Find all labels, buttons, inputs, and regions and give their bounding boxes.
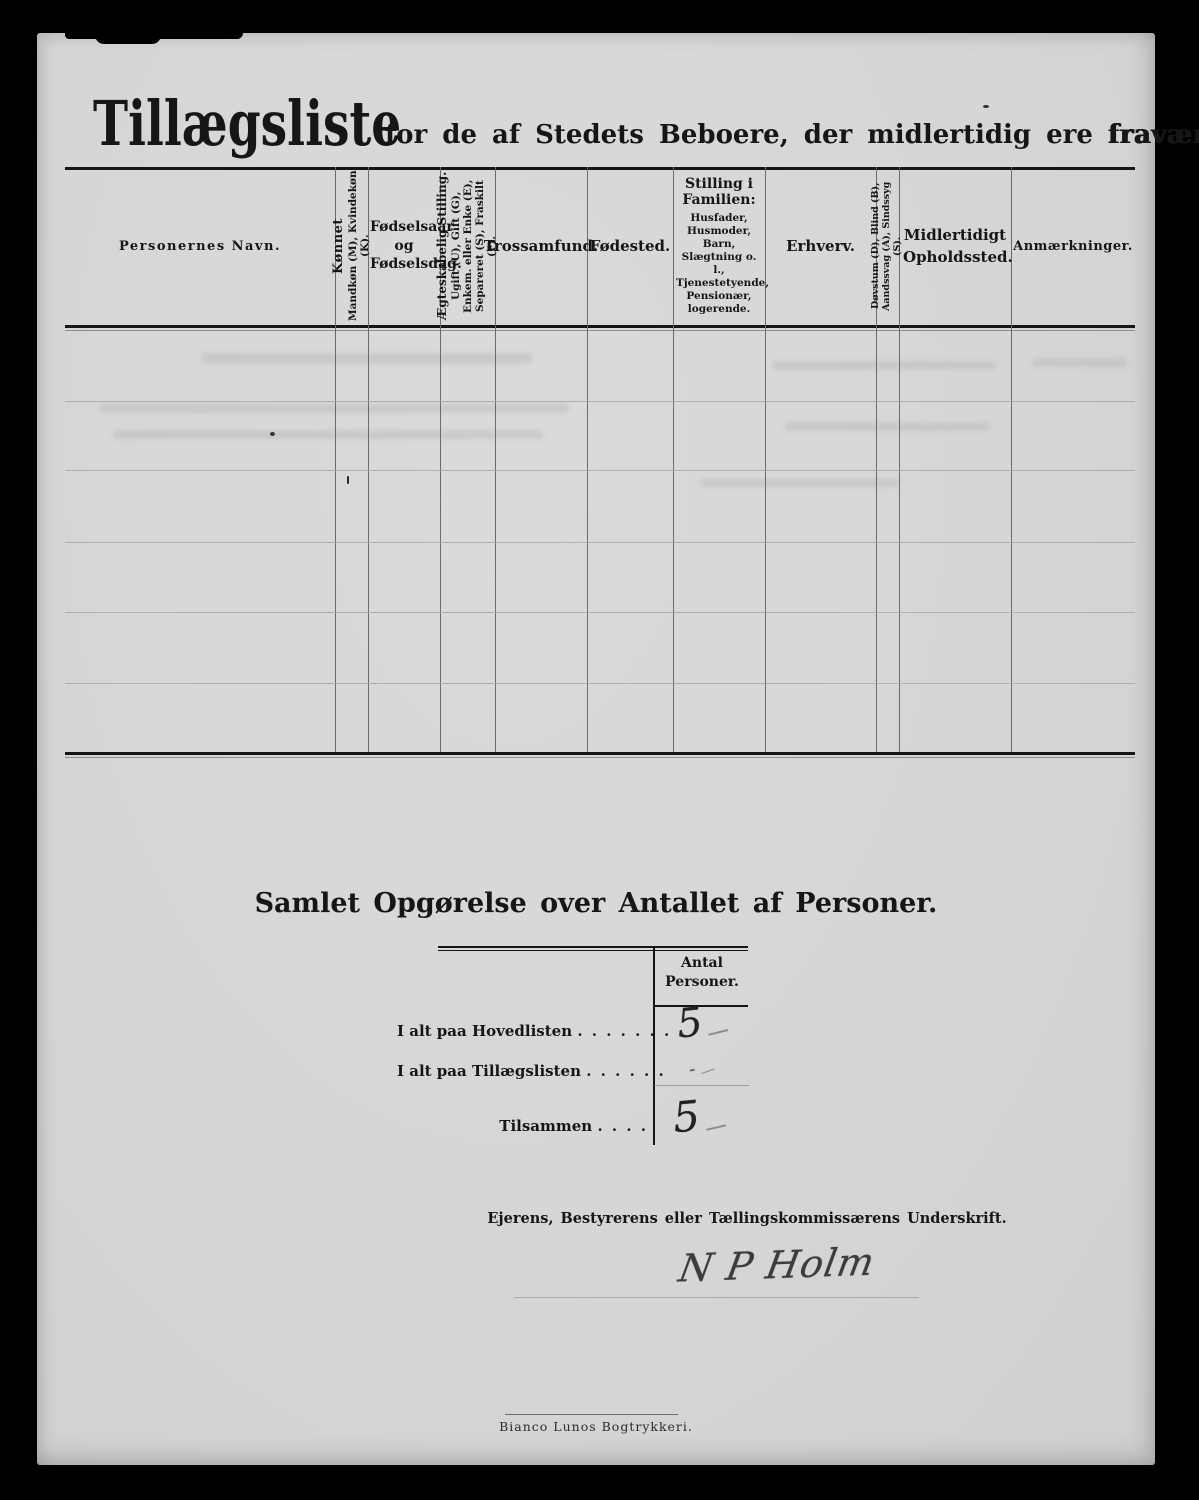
page-subtitle-emphasis: fraværende. (1108, 120, 1199, 150)
footer-rule (505, 1414, 678, 1415)
bleed-through-artifact (113, 430, 543, 439)
summary-count-header-line2: Personer. (655, 973, 749, 992)
handwritten-count-hovedlisten: 5 (675, 996, 730, 1047)
table-row-line (65, 612, 1135, 613)
bleed-through-artifact (99, 404, 569, 413)
pen-flourish (709, 1029, 729, 1036)
table-row-line (65, 401, 1135, 402)
table-row-line (65, 542, 1135, 543)
signature-line (514, 1297, 919, 1298)
handwritten-count-tillaegslisten: - (687, 1055, 716, 1081)
summary-top-rule-thin (438, 950, 748, 951)
column-header-sex: Kønnet Mandkøn (M), Kvindekøn (K). (335, 170, 368, 322)
column-header-religion-label: Trossamfund. (484, 237, 598, 255)
signature-caption: Ejerens, Bestyrerens eller Tællingskommi… (457, 1210, 1037, 1227)
handwritten-value: 5 (675, 999, 705, 1047)
bleed-through-artifact (202, 353, 532, 364)
column-header-occupation: Erhverv. (765, 170, 876, 322)
scanned-census-sheet: Tillægsliste for de af Stedets Beboere, … (0, 0, 1199, 1500)
summary-row-tilsammen: Tilsammen . . . . (397, 1117, 648, 1135)
handwritten-value: 5 (671, 1091, 702, 1142)
column-header-birthdate-label: Fødselsaar og Fødselsdag. (370, 218, 438, 275)
column-header-sex-title: Kønnet (332, 170, 347, 322)
dot-leader: . . . . . . (586, 1062, 665, 1080)
column-header-name-label: Personernes Navn. (119, 239, 281, 254)
summary-row-hovedlisten-label: I alt paa Hovedlisten (397, 1022, 572, 1040)
column-header-remarks: Anmærkninger. (1011, 170, 1135, 322)
paper-page: Tillægsliste for de af Stedets Beboere, … (37, 33, 1155, 1465)
summary-count-header-line1: Antal (655, 954, 749, 973)
ink-speck (347, 476, 349, 484)
column-header-occupation-label: Erhverv. (786, 237, 855, 255)
handwritten-signature: N P Holm (623, 1238, 931, 1293)
table-row-line (65, 683, 1135, 684)
ink-speck (983, 105, 989, 108)
table-header-rule (65, 325, 1135, 328)
column-header-religion: Trossamfund. (495, 170, 587, 322)
column-header-remarks-label: Anmærkninger. (1013, 239, 1133, 254)
summary-count-header: Antal Personer. (655, 954, 749, 992)
summary-divider-line (654, 1085, 749, 1086)
summary-title: Samlet Opgørelse over Antallet af Person… (37, 888, 1155, 919)
bleed-through-artifact (772, 361, 997, 370)
bleed-through-artifact (700, 479, 900, 487)
summary-top-rule (438, 946, 748, 948)
column-header-birthdate: Fødselsaar og Fødselsdag. (368, 170, 440, 322)
page-title: Tillægsliste (93, 93, 401, 155)
pen-flourish (706, 1124, 726, 1130)
column-header-disability: Døvstum (D), Blind (B), Aandssvag (A), S… (876, 170, 899, 322)
column-header-family-sub: Husfader, Husmoder, Barn, Slægtning o. l… (676, 212, 762, 317)
summary-row-tillaegslisten-label: I alt paa Tillægslisten (397, 1062, 581, 1080)
printer-imprint: Bianco Lunos Bogtrykkeri. (37, 1419, 1155, 1434)
summary-row-tilsammen-label: Tilsammen (499, 1117, 592, 1135)
table-bottom-rule-thin (65, 757, 1135, 758)
column-header-family-title: Stilling i Familien: (673, 176, 765, 208)
page-subtitle: for de af Stedets Beboere, der midlertid… (385, 121, 1105, 151)
column-header-birthplace: Fødested. (587, 170, 673, 322)
column-header-family-position: Stilling i Familien: Husfader, Husmoder,… (673, 170, 765, 322)
table-header-rule-thin (65, 330, 1135, 331)
column-header-sex-vertical: Kønnet Mandkøn (M), Kvindekøn (K). (332, 170, 371, 322)
table-row-line (65, 470, 1135, 471)
page-subtitle-text: for de af Stedets Beboere, der midlertid… (385, 120, 1093, 150)
column-header-temporary-residence-label: Midlertidigt Opholdssted. (903, 224, 1007, 269)
dot-leader: . . . . . . . (577, 1022, 671, 1040)
handwritten-value: - (687, 1059, 697, 1081)
column-header-marital-title: Ægteskabelig Stilling. (436, 170, 450, 322)
pen-flourish (701, 1068, 714, 1074)
table-bottom-rule (65, 752, 1135, 755)
summary-row-tillaegslisten: I alt paa Tillægslisten . . . . . . (397, 1062, 648, 1080)
bleed-through-artifact (785, 422, 990, 431)
bleed-through-artifact (1032, 358, 1127, 367)
column-header-name: Personernes Navn. (65, 170, 335, 322)
scan-ink-streak (95, 33, 161, 44)
dot-leader: . . . . (597, 1117, 648, 1135)
column-header-birthplace-label: Fødested. (590, 237, 671, 255)
summary-row-hovedlisten: I alt paa Hovedlisten . . . . . . . (397, 1022, 648, 1040)
column-header-temporary-residence: Midlertidigt Opholdssted. (899, 170, 1011, 322)
handwritten-count-tilsammen: 5 (671, 1089, 727, 1142)
